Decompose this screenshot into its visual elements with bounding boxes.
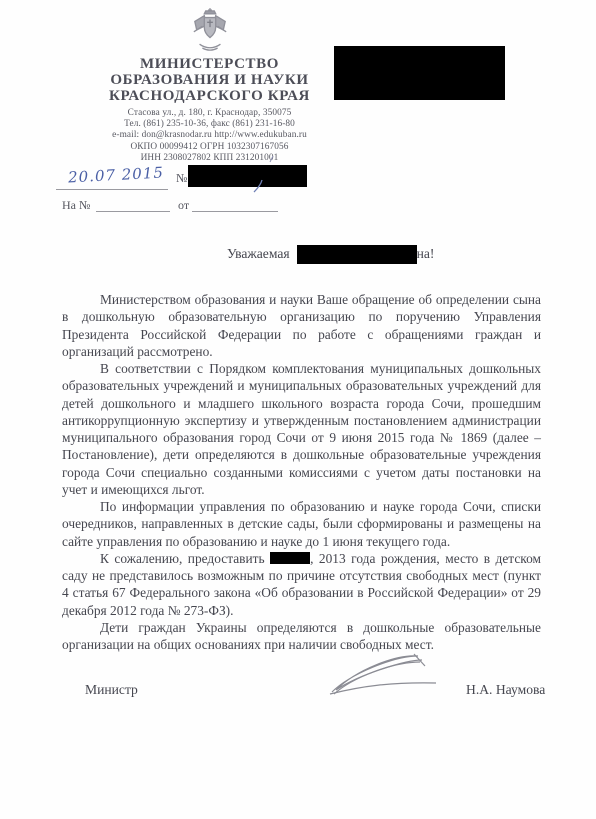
paragraph-3: По информации управления по образованию …: [62, 498, 541, 550]
signer-title: Министр: [85, 682, 138, 698]
paragraph-5: Дети граждан Украины определяются в дошк…: [62, 619, 541, 654]
paragraph-1: Министерством образования и науки Ваше о…: [62, 291, 541, 360]
letter-body: Министерством образования и науки Ваше о…: [62, 291, 541, 653]
number-label: №: [176, 171, 187, 186]
letterhead-phone-fax: Тел. (861) 235-10-36, факс (861) 231-16-…: [52, 119, 367, 130]
signature-icon: [322, 652, 440, 700]
salutation-suffix: на!: [417, 246, 435, 262]
redaction-box-child-name: [270, 552, 310, 564]
reply-number-underline: [96, 211, 170, 212]
reply-number-label: На №: [62, 198, 90, 213]
redaction-box-recipient-name: [297, 245, 417, 264]
signer-name: Н.А. Наумова: [466, 682, 545, 698]
paragraph-2: В соответствии с Порядком комплектования…: [62, 360, 541, 498]
letterhead-okpo-ogrn: ОКПО 00099412 ОГРН 1032307167056: [52, 142, 367, 153]
letterhead: МИНИСТЕРСТВО ОБРАЗОВАНИЯ И НАУКИ КРАСНОД…: [52, 6, 367, 164]
reply-from-underline: [192, 211, 278, 212]
redaction-box-addressee: [334, 46, 505, 100]
letterhead-address: Стасова ул., д. 180, г. Краснодар, 35007…: [52, 108, 367, 119]
ministry-name-line2: ОБРАЗОВАНИЯ И НАУКИ: [52, 72, 367, 88]
paragraph-4-before-redaction: К сожалению, предоставить: [100, 551, 270, 566]
paragraph-4: К сожалению, предоставить , 2013 года ро…: [62, 550, 541, 619]
salutation-prefix: Уважаемая: [227, 246, 290, 262]
ministry-name-line1: МИНИСТЕРСТВО: [52, 56, 367, 72]
ministry-name-line3: КРАСНОДАРСКОГО КРАЯ: [52, 88, 367, 104]
date-underline: [56, 189, 168, 190]
letterhead-email-web: e-mail: don@krasnodar.ru http://www.eduk…: [52, 130, 367, 141]
coat-of-arms-icon: [191, 6, 229, 52]
handwritten-date: 20.07 2015: [64, 163, 169, 186]
reply-from-label: от: [178, 198, 189, 213]
salutation-line: Уважаемая на!: [227, 244, 434, 264]
letterhead-inn-kpp: ИНН 2308027802 КПП 231201001: [52, 153, 367, 164]
letter-page: МИНИСТЕРСТВО ОБРАЗОВАНИЯ И НАУКИ КРАСНОД…: [0, 0, 596, 819]
pen-stroke-artifact: [240, 156, 280, 198]
